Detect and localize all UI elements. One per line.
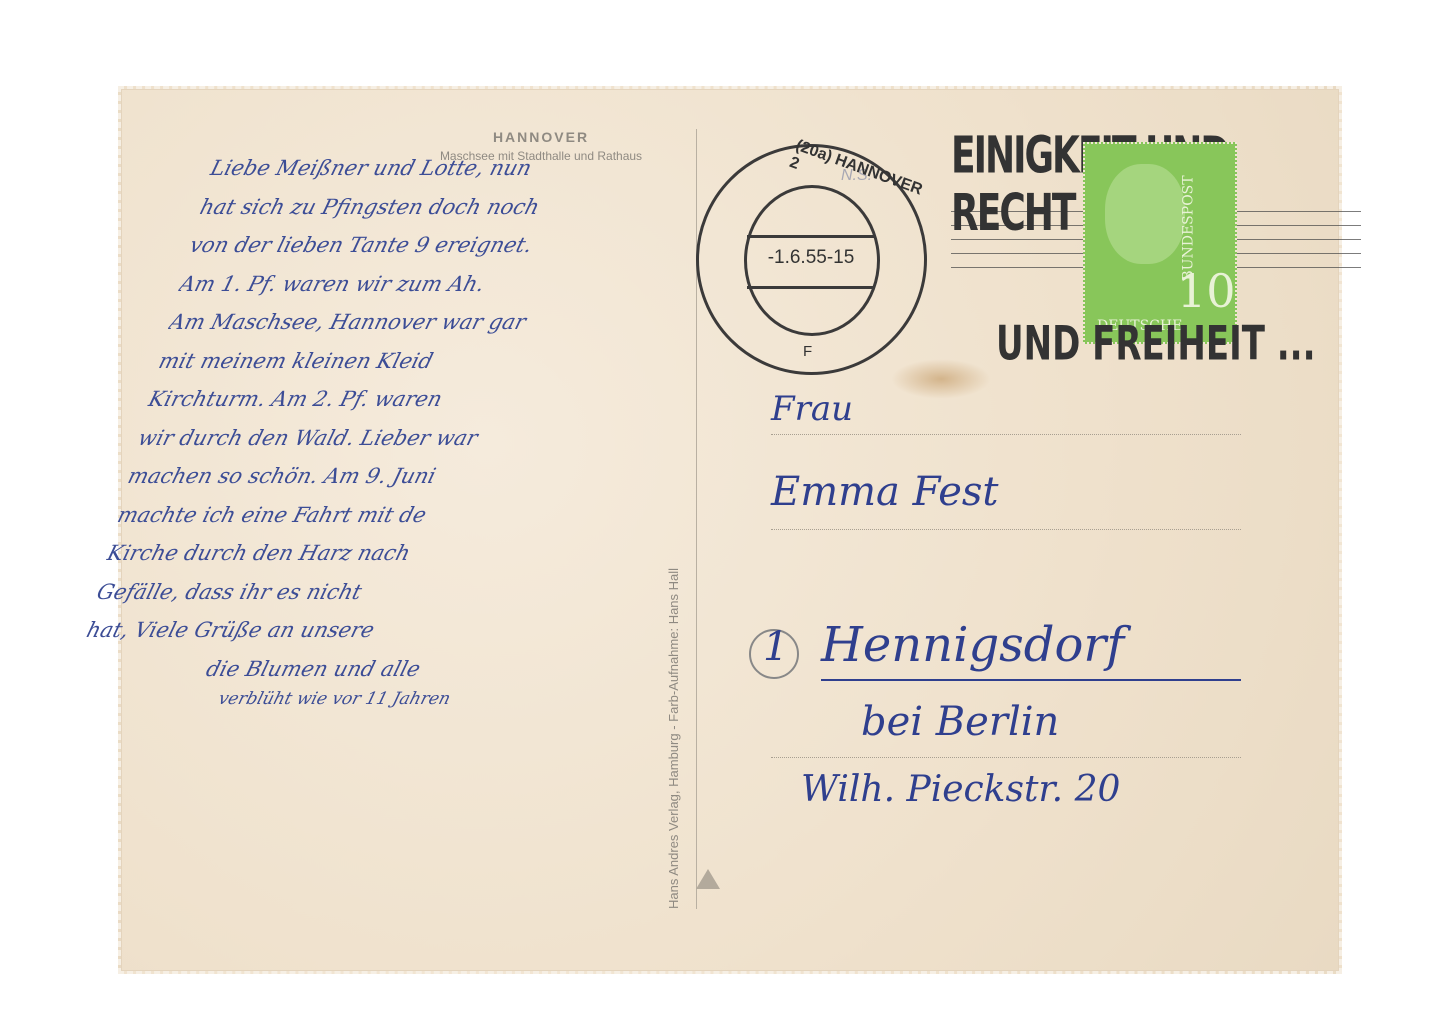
handwritten-message: Liebe Meißner und Lotte, nun hat sich zu… [66, 149, 756, 710]
address-name: Emma Fest [771, 469, 998, 515]
publisher-logo-icon [696, 869, 720, 889]
postmark-date: -1.6.55-15 [743, 247, 879, 269]
postmark-letter: F [803, 343, 812, 360]
message-line: hat, Viele Grüße an unsere [82, 611, 632, 650]
message-line: mit meinem kleinen Kleid [154, 342, 704, 381]
address-postal-code: 1 [763, 624, 788, 670]
message-line: Gefälle, dass ihr es nicht [92, 573, 642, 612]
slogan-bottom: UND FREIHEIT ... [996, 316, 1316, 372]
caption-city: HANNOVER [341, 129, 741, 145]
address-salutation: Frau [771, 389, 853, 429]
address-street: Wilh. Pieckstr. 20 [801, 769, 1120, 810]
message-line: Liebe Meißner und Lotte, nun [206, 149, 756, 188]
message-line: wir durch den Wald. Lieber war [134, 419, 684, 458]
message-line: hat sich zu Pfingsten doch noch [196, 188, 746, 227]
message-line: machte ich eine Fahrt mit de [113, 496, 663, 535]
message-line: Kirchturm. Am 2. Pf. waren [144, 380, 694, 419]
message-line: von der lieben Tante 9 ereignet. [185, 226, 735, 265]
message-line: Am Maschsee, Hannover war gar [165, 303, 715, 342]
address-region: bei Berlin [861, 699, 1059, 745]
postage-stamp: 10 BUNDESPOST DEUTSCHE [1083, 142, 1237, 344]
message-line: Kirche durch den Harz nach [103, 534, 653, 573]
postmark: (20a) HANNOVER 2 -1.6.55-15 F [696, 144, 927, 375]
stain [891, 359, 991, 399]
stamp-side-text: BUNDESPOST [1180, 175, 1196, 280]
message-footer: verblüht wie vor 11 Jahren [66, 688, 612, 710]
publisher-credit: Hans Andres Verlag, Hamburg - Farb-Aufna… [666, 568, 681, 909]
message-line: machen so schön. Am 9. Juni [123, 457, 673, 496]
postcard: HANNOVER Maschsee mit Stadthalle und Rat… [118, 86, 1342, 974]
message-footer: die Blumen und alle [72, 650, 622, 689]
address-city: Hennigsdorf [821, 617, 1124, 673]
portrait-icon [1105, 164, 1185, 264]
message-line: Am 1. Pf. waren wir zum Ah. [175, 265, 725, 304]
